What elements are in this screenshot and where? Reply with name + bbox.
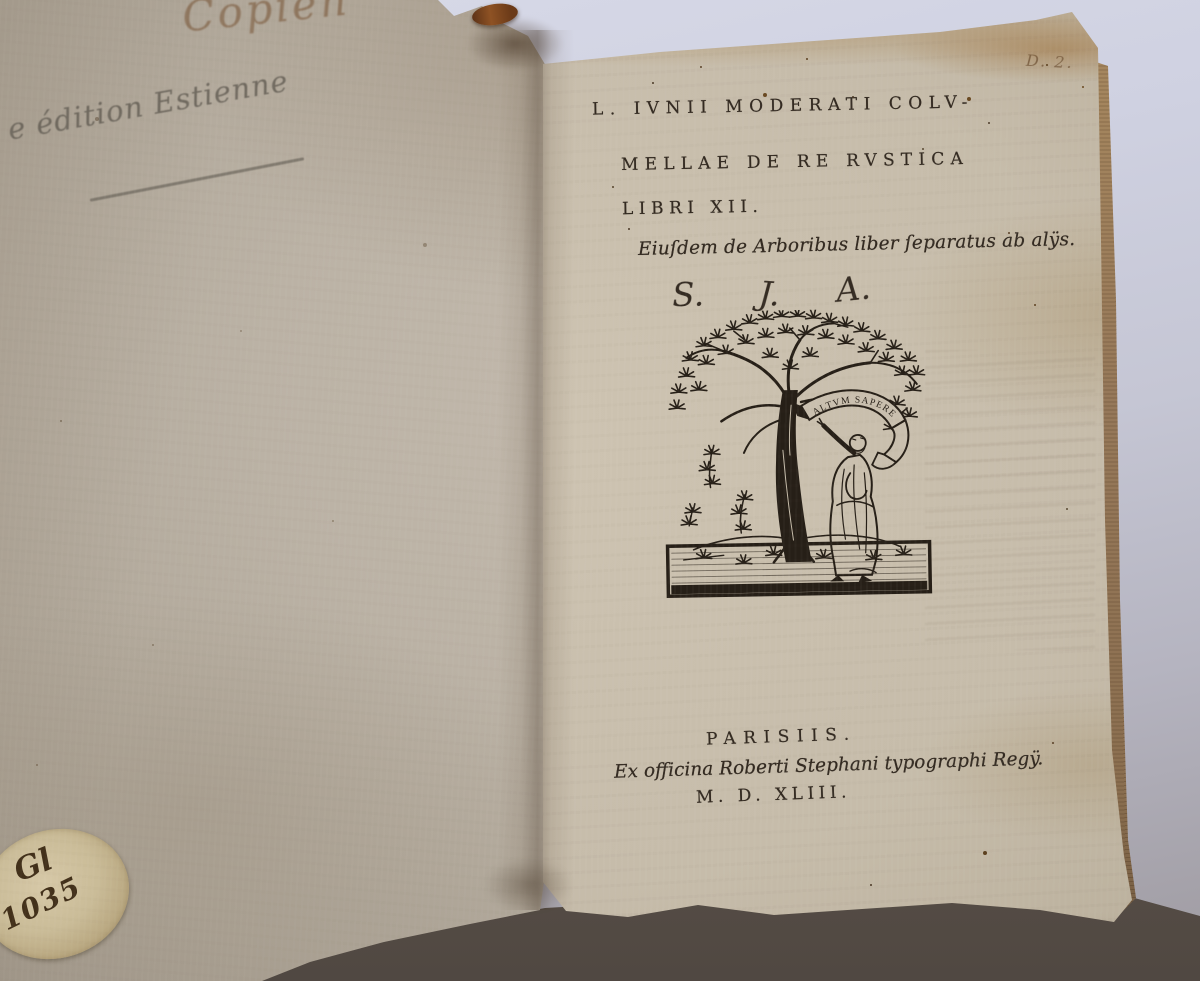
pencil-underline-stroke (90, 157, 305, 202)
pencil-inscription: e édition Estienne (5, 64, 291, 147)
shelfmark-letters: Gl (9, 841, 58, 889)
title-line-3: LIBRI XII. (622, 197, 764, 219)
foxing-specks-left (0, 0, 2, 2)
corner-shelfmark: D. 2. (1026, 51, 1075, 72)
tree-foliage (667, 307, 925, 433)
photograph-open-book: Copien e édition Estienne Gl 1035 L. IVN… (0, 0, 1200, 981)
svg-text:ALTVM SAPERE: ALTVM SAPERE (811, 395, 898, 422)
tree-trunk (774, 390, 812, 563)
printer-device-woodcut: ALTVM SAPERE (649, 307, 944, 604)
falling-sprigs (680, 442, 912, 565)
faded-ink-inscription: Copien (180, 0, 352, 42)
shelfmark-number: 1035 (0, 870, 87, 937)
imprint-date: M. D. XLIII. (696, 782, 852, 807)
verso-showthrough (925, 350, 1095, 650)
title-line-2: MELLAE DE RE RVSTICA (621, 149, 969, 175)
gutter-bottom-shadow (466, 848, 590, 922)
device-banner-text: ALTVM SAPERE (811, 395, 898, 422)
imprint-place: PARISIIS. (706, 724, 857, 749)
device-man (817, 418, 878, 584)
imprint-publisher: Ex officina Roberti Stephani typographi … (614, 748, 1044, 782)
handwritten-initials: S. J. A. (671, 269, 870, 315)
title-line-1: L. IVNII MODERATI COLV- (592, 92, 974, 119)
tree-branches (686, 322, 918, 454)
device-banner-ribbon (791, 389, 909, 470)
oval-shelfmark-label: Gl 1035 (0, 810, 146, 978)
subtitle-italic: Eiuſdem de Arboribus liber ſeparatus ab … (638, 229, 1076, 260)
gutter-shadow (498, 30, 574, 910)
device-ground (667, 534, 930, 597)
device-drawing (663, 307, 930, 596)
